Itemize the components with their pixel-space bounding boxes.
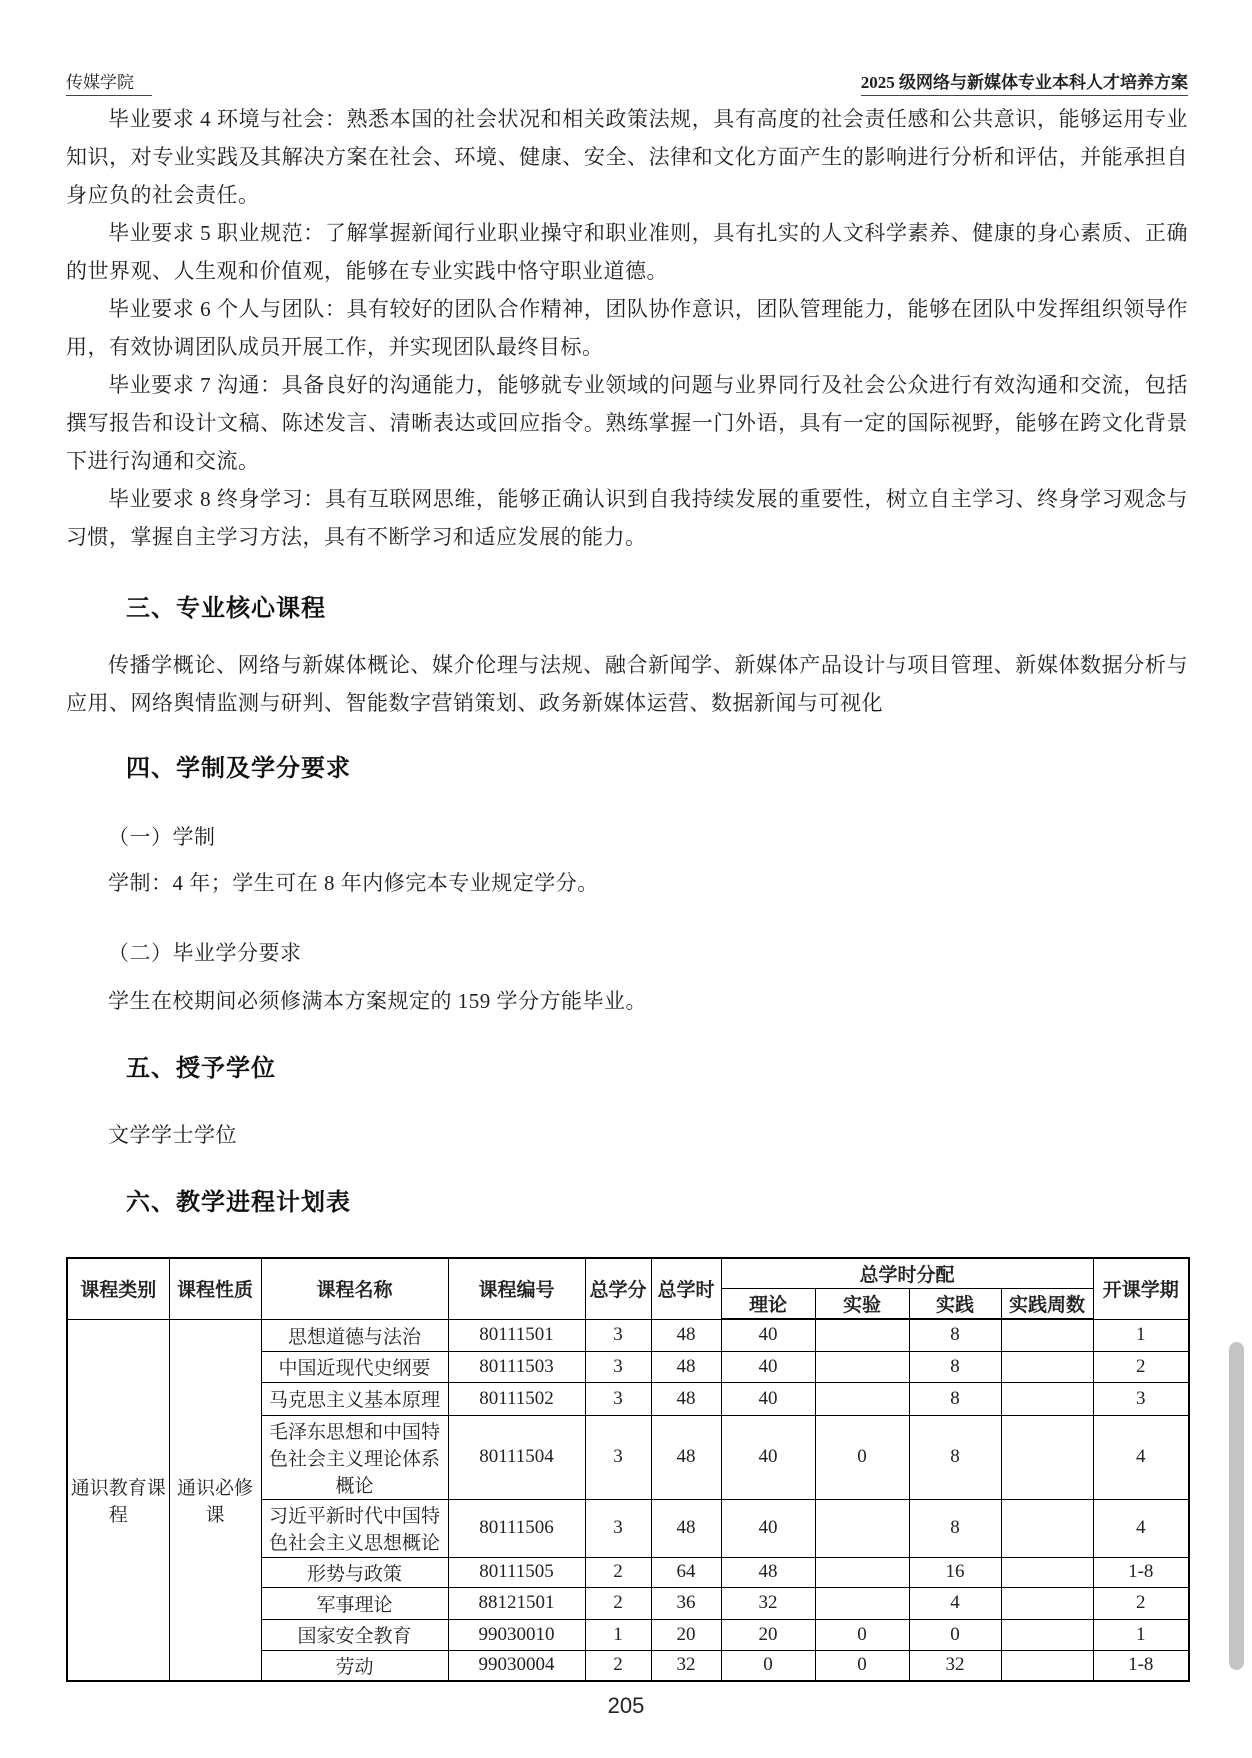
cell-practice: 32 [909,1650,1001,1681]
cell-practice-weeks [1001,1557,1093,1587]
col-header-semester: 开课学期 [1093,1258,1189,1319]
cell-experiment: 0 [815,1650,909,1681]
cell-semester: 2 [1093,1587,1189,1619]
document-page: 传媒学院 2025 级网络与新媒体专业本科人才培养方案 毕业要求 4 环境与社会… [0,0,1252,1758]
section-4-sub2-heading: （二）毕业学分要求 [66,938,1188,968]
cell-hours: 48 [651,1499,721,1557]
cell-experiment [815,1557,909,1587]
col-header-practice-weeks: 实践周数 [1001,1289,1093,1320]
page-number: 205 [0,1693,1252,1719]
cell-credits: 3 [585,1351,651,1382]
cell-semester: 1 [1093,1319,1189,1351]
cell-practice-weeks [1001,1619,1093,1650]
cell-practice-weeks [1001,1415,1093,1499]
cell-hours: 48 [651,1351,721,1382]
header-program-title: 2025 级网络与新媒体专业本科人才培养方案 [861,68,1188,96]
cell-theory: 32 [721,1587,815,1619]
col-header-experiment: 实验 [815,1289,909,1320]
cell-nature: 通识必修课 [169,1319,261,1681]
col-header-practice: 实践 [909,1289,1001,1320]
cell-course-code: 88121501 [448,1587,585,1619]
cell-course-name: 军事理论 [261,1587,448,1619]
col-header-hours-distribution: 总学时分配 [721,1258,1093,1289]
running-header: 传媒学院 2025 级网络与新媒体专业本科人才培养方案 [66,68,1188,94]
header-college-name: 传媒学院 [66,68,152,96]
cell-practice-weeks [1001,1351,1093,1382]
cell-course-code: 99030010 [448,1619,585,1650]
cell-hours: 64 [651,1557,721,1587]
cell-course-code: 99030004 [448,1650,585,1681]
cell-theory: 0 [721,1650,815,1681]
cell-course-name: 习近平新时代中国特色社会主义思想概论 [261,1499,448,1557]
cell-experiment [815,1319,909,1351]
section-4-sub1-heading: （一）学制 [66,822,1188,852]
section-5-degree: 文学学士学位 [66,1120,1188,1150]
paragraph-requirement-7: 毕业要求 7 沟通：具备良好的沟通能力，能够就专业领域的问题与业界同行及社会公众… [66,366,1188,480]
col-header-course-name: 课程名称 [261,1258,448,1319]
cell-course-code: 80111505 [448,1557,585,1587]
cell-course-name: 中国近现代史纲要 [261,1351,448,1382]
cell-practice-weeks [1001,1650,1093,1681]
cell-category: 通识教育课程 [67,1319,169,1681]
cell-credits: 2 [585,1587,651,1619]
cell-practice-weeks [1001,1499,1093,1557]
cell-hours: 20 [651,1619,721,1650]
scrollbar-thumb[interactable] [1229,1342,1244,1670]
cell-practice: 16 [909,1557,1001,1587]
section-3-core-courses: 传播学概论、网络与新媒体概论、媒介伦理与法规、融合新闻学、新媒体产品设计与项目管… [66,646,1188,722]
cell-experiment: 0 [815,1415,909,1499]
cell-course-name: 思想道德与法治 [261,1319,448,1351]
cell-practice-weeks [1001,1319,1093,1351]
cell-experiment [815,1587,909,1619]
cell-course-code: 80111501 [448,1319,585,1351]
cell-credits: 3 [585,1382,651,1415]
cell-credits: 2 [585,1650,651,1681]
cell-semester: 3 [1093,1382,1189,1415]
cell-practice: 8 [909,1415,1001,1499]
cell-experiment [815,1499,909,1557]
cell-semester: 2 [1093,1351,1189,1382]
cell-course-name: 马克思主义基本原理 [261,1382,448,1415]
table-row: 通识教育课程 通识必修课 思想道德与法治 80111501 3 48 40 8 … [67,1319,1189,1351]
cell-theory: 40 [721,1382,815,1415]
cell-course-name: 劳动 [261,1650,448,1681]
cell-credits: 3 [585,1415,651,1499]
cell-experiment [815,1351,909,1382]
col-header-total-credits: 总学分 [585,1258,651,1319]
cell-course-code: 80111503 [448,1351,585,1382]
cell-theory: 40 [721,1351,815,1382]
section-4-heading: 四、学制及学分要求 [66,752,1188,786]
section-3-heading: 三、专业核心课程 [66,592,1188,626]
cell-theory: 40 [721,1319,815,1351]
cell-credits: 2 [585,1557,651,1587]
cell-practice-weeks [1001,1587,1093,1619]
cell-practice: 8 [909,1319,1001,1351]
section-6-heading: 六、教学进程计划表 [66,1186,1188,1220]
cell-practice: 8 [909,1351,1001,1382]
cell-credits: 1 [585,1619,651,1650]
section-4-sub1-body: 学制：4 年；学生可在 8 年内修完本专业规定学分。 [66,868,1188,898]
cell-course-name: 国家安全教育 [261,1619,448,1650]
paragraph-requirement-4: 毕业要求 4 环境与社会：熟悉本国的社会状况和相关政策法规，具有高度的社会责任感… [66,100,1188,214]
cell-practice-weeks [1001,1382,1093,1415]
col-header-theory: 理论 [721,1289,815,1320]
cell-course-name: 毛泽东思想和中国特色社会主义理论体系概论 [261,1415,448,1499]
cell-practice: 0 [909,1619,1001,1650]
cell-theory: 20 [721,1619,815,1650]
cell-experiment [815,1382,909,1415]
col-header-total-hours: 总学时 [651,1258,721,1319]
cell-credits: 3 [585,1319,651,1351]
col-header-course-code: 课程编号 [448,1258,585,1319]
cell-course-code: 80111504 [448,1415,585,1499]
cell-course-code: 80111506 [448,1499,585,1557]
cell-semester: 1-8 [1093,1650,1189,1681]
col-header-category: 课程类别 [67,1258,169,1319]
cell-theory: 40 [721,1415,815,1499]
cell-hours: 36 [651,1587,721,1619]
cell-semester: 1 [1093,1619,1189,1650]
cell-practice: 8 [909,1382,1001,1415]
cell-semester: 4 [1093,1415,1189,1499]
cell-course-name: 形势与政策 [261,1557,448,1587]
section-5-heading: 五、授予学位 [66,1052,1188,1086]
cell-practice: 4 [909,1587,1001,1619]
cell-theory: 48 [721,1557,815,1587]
section-4-sub2-body: 学生在校期间必须修满本方案规定的 159 学分方能毕业。 [66,986,1188,1016]
cell-hours: 48 [651,1415,721,1499]
cell-theory: 40 [721,1499,815,1557]
paragraph-requirement-5: 毕业要求 5 职业规范：了解掌握新闻行业职业操守和职业准则，具有扎实的人文科学素… [66,214,1188,290]
col-header-nature: 课程性质 [169,1258,261,1319]
cell-course-code: 80111502 [448,1382,585,1415]
cell-credits: 3 [585,1499,651,1557]
cell-experiment: 0 [815,1619,909,1650]
cell-semester: 4 [1093,1499,1189,1557]
cell-hours: 48 [651,1319,721,1351]
teaching-plan-table: 课程类别 课程性质 课程名称 课程编号 总学分 总学时 总学时分配 开课学期 理… [66,1257,1190,1682]
paragraph-requirement-6: 毕业要求 6 个人与团队：具有较好的团队合作精神，团队协作意识，团队管理能力，能… [66,290,1188,366]
cell-semester: 1-8 [1093,1557,1189,1587]
cell-hours: 48 [651,1382,721,1415]
paragraph-requirement-8: 毕业要求 8 终身学习：具有互联网思维，能够正确认识到自我持续发展的重要性，树立… [66,480,1188,556]
cell-practice: 8 [909,1499,1001,1557]
cell-hours: 32 [651,1650,721,1681]
